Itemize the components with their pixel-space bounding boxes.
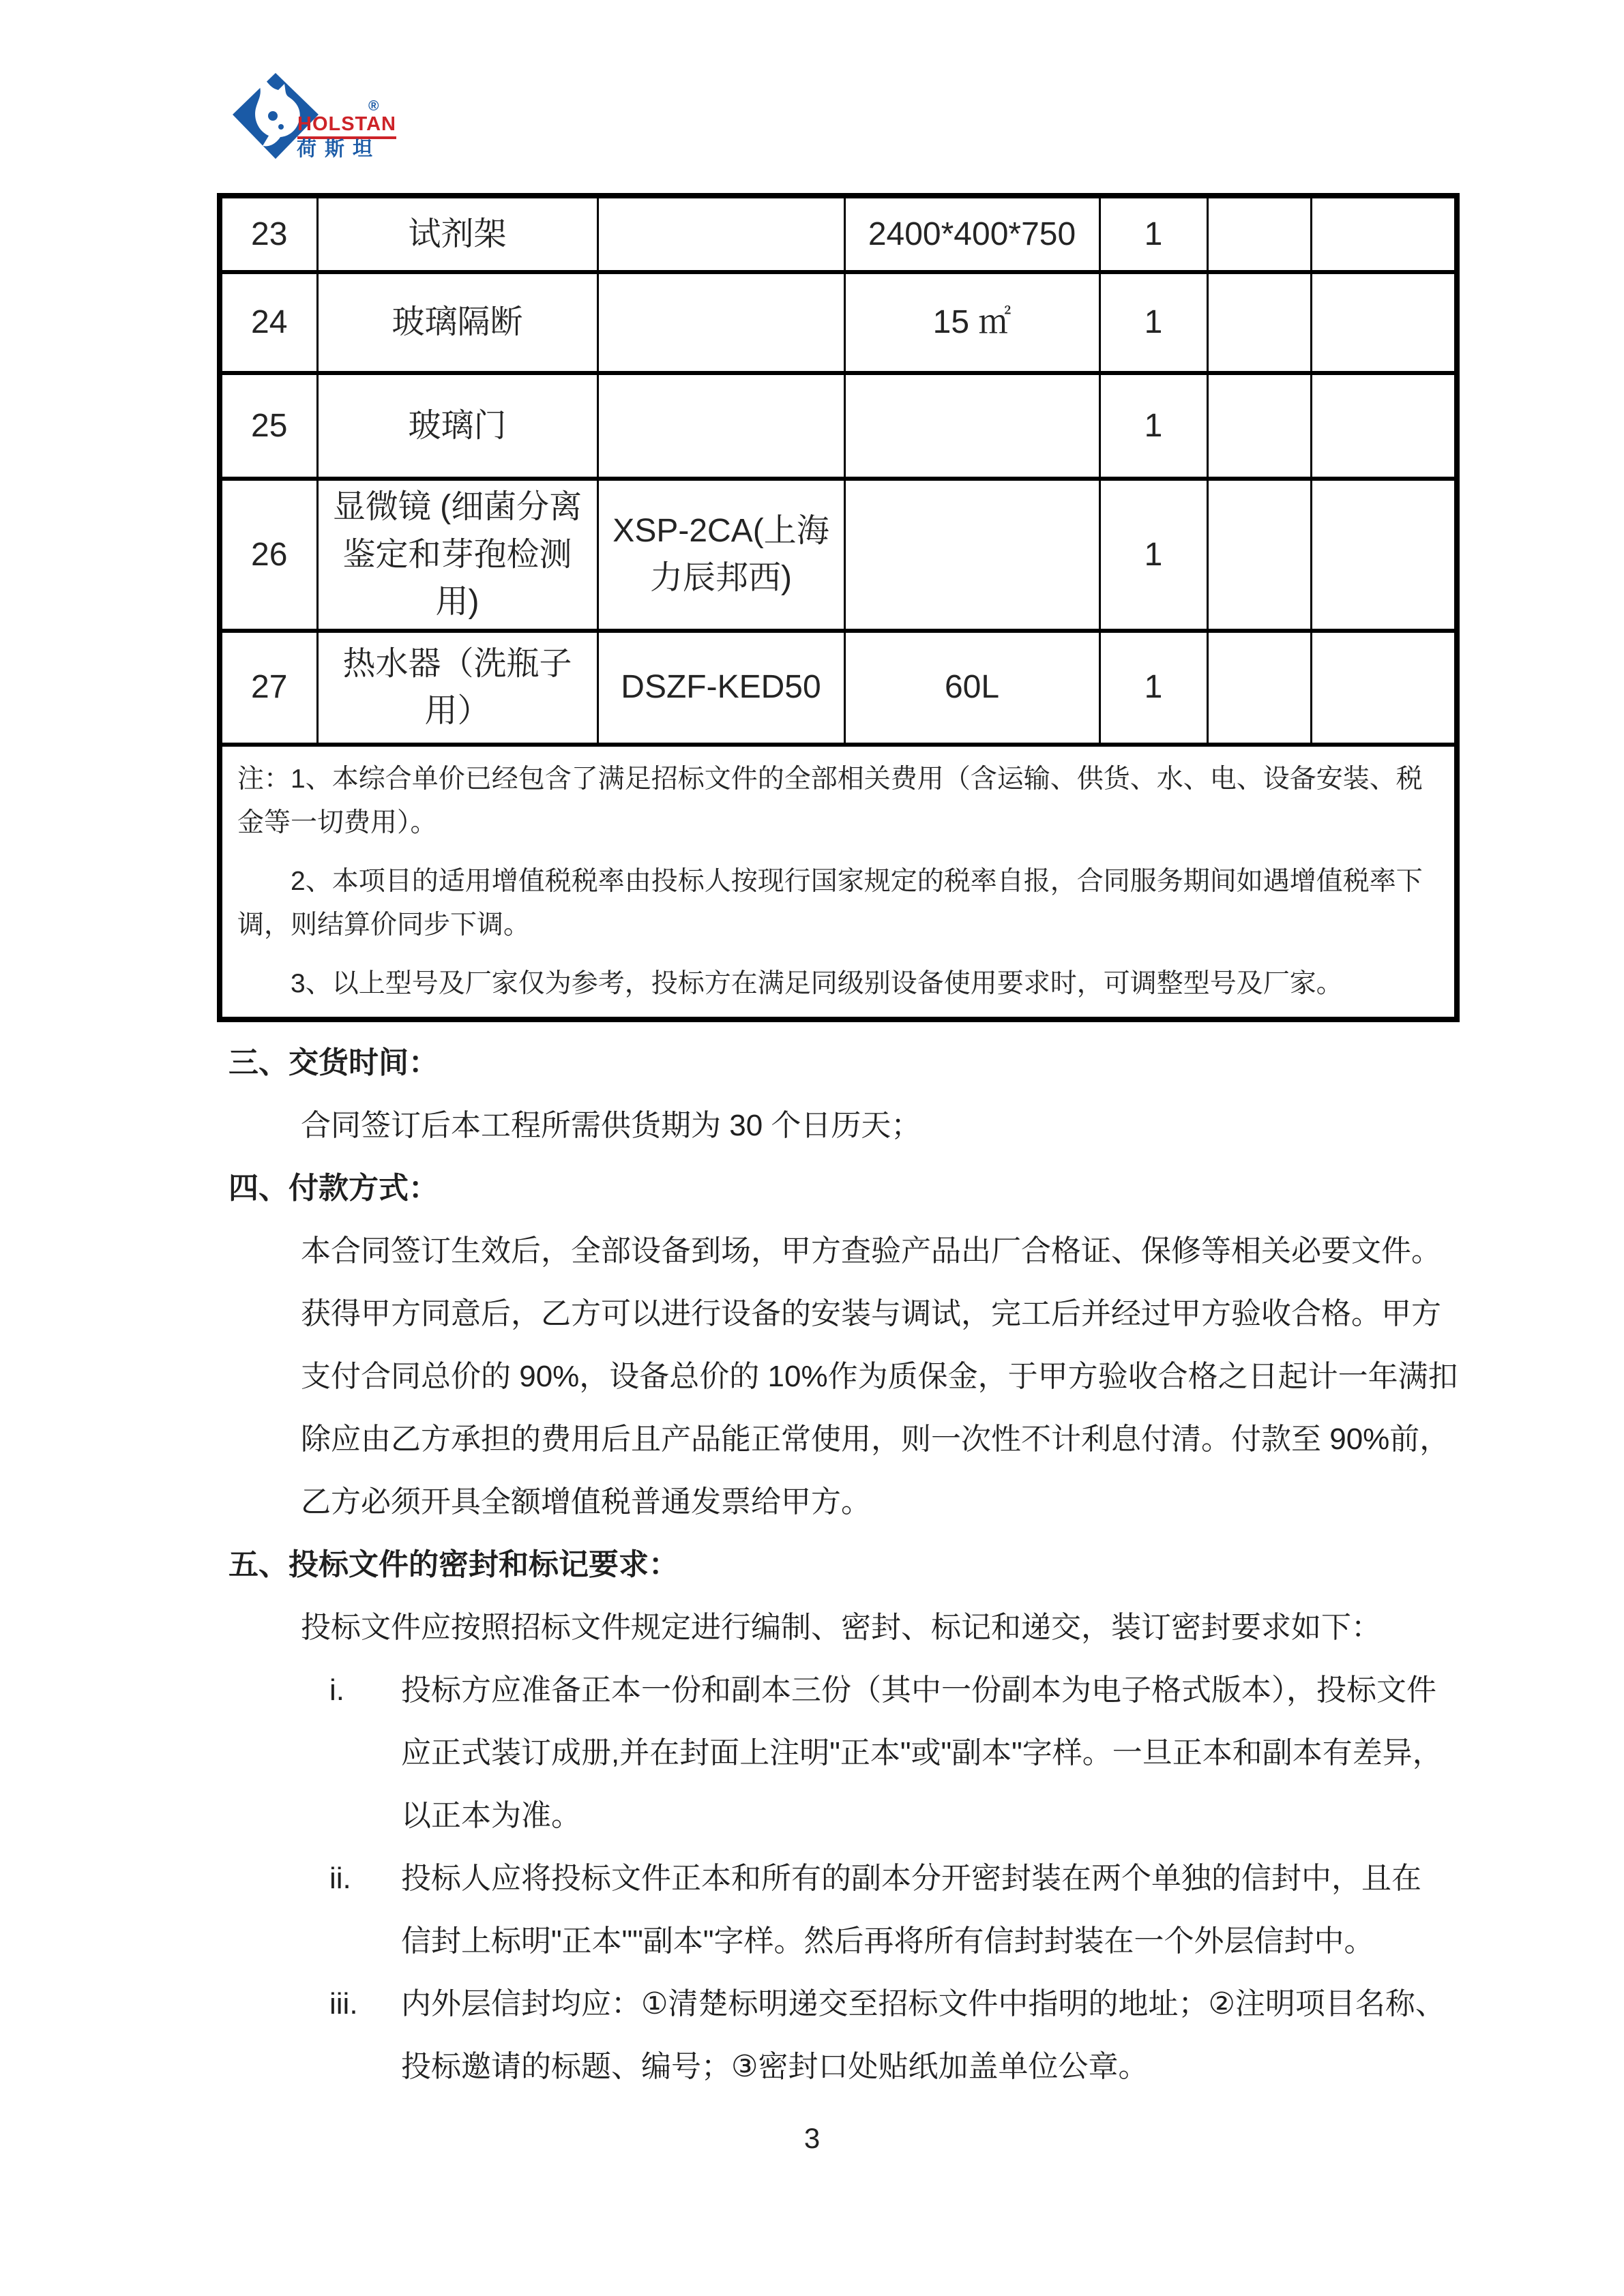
paragraph-line: 合同签订后本工程所需供货期为 30 个日历天； — [0, 1094, 1624, 1157]
paragraph-line: 除应由乙方承担的费用后且产品能正常使用，则一次性不计利息付清。付款至 90%前， — [0, 1408, 1624, 1471]
cell-name: 显微镜 (细菌分离鉴定和芽孢检测用) — [317, 479, 597, 631]
cell-qty: 1 — [1099, 631, 1207, 745]
table-notes-row: 注：1、本综合单价已经包含了满足招标文件的全部相关费用（含运输、供货、水、电、设… — [220, 745, 1457, 1019]
cell-no: 27 — [220, 631, 317, 745]
list-marker: ii. — [329, 1847, 351, 1910]
list-item: iii. 内外层信封均应：①清楚标明递交至招标文件中指明的地址；②注明项目名称、 — [0, 1973, 1624, 2036]
note-line: 金等一切费用）。 — [237, 801, 1439, 845]
cell-model — [597, 196, 844, 272]
registered-trademark-icon: ® — [368, 98, 379, 115]
cell-model — [597, 272, 844, 373]
cell-spec — [844, 373, 1099, 479]
cell-no: 26 — [220, 479, 317, 631]
paragraph-line: 获得甲方同意后，乙方可以进行设备的安装与调试，完工后并经过甲方验收合格。甲方 — [0, 1283, 1624, 1345]
list-item: ii. 投标人应将投标文件正本和所有的副本分开密封装在两个单独的信封中，且在 — [0, 1847, 1624, 1910]
paragraph-line: 投标文件应按照招标文件规定进行编制、密封、标记和递交，装订密封要求如下： — [0, 1596, 1624, 1659]
list-item-text: 投标方应准备正本一份和副本三份（其中一份副本为电子格式版本），投标文件 — [401, 1673, 1436, 1707]
cell-empty — [1207, 196, 1311, 272]
table-row-25: 25 玻璃门 1 — [220, 373, 1457, 479]
paragraph-line: 支付合同总价的 90%，设备总价的 10%作为质保金，于甲方验收合格之日起计一年… — [0, 1345, 1624, 1408]
cell-empty — [1311, 196, 1457, 272]
list-item-text: 内外层信封均应：①清楚标明递交至招标文件中指明的地址；②注明项目名称、 — [401, 1987, 1445, 2021]
list-item-text: 投标人应将投标文件正本和所有的副本分开密封装在两个单独的信封中，且在 — [401, 1862, 1421, 1895]
list-item: i. 投标方应准备正本一份和副本三份（其中一份副本为电子格式版本），投标文件 — [0, 1659, 1624, 1722]
company-logo: HOLSTAN ® 荷斯坦 — [231, 68, 387, 164]
cell-name: 热水器（洗瓶子用） — [317, 631, 597, 745]
cell-name: 试剂架 — [317, 196, 597, 272]
list-item-continuation: 以正本为准。 — [0, 1785, 1624, 1847]
cell-no: 25 — [220, 373, 317, 479]
cell-no: 23 — [220, 196, 317, 272]
table-notes-cell: 注：1、本综合单价已经包含了满足招标文件的全部相关费用（含运输、供货、水、电、设… — [220, 745, 1457, 1019]
cell-spec: 60L — [844, 631, 1099, 745]
cell-qty: 1 — [1099, 479, 1207, 631]
cell-empty — [1311, 479, 1457, 631]
document-page: HOLSTAN ® 荷斯坦 23 试剂架 2400*400*750 1 24 玻… — [0, 0, 1624, 2296]
list-marker: i. — [329, 1659, 344, 1722]
list-item-continuation: 投标邀请的标题、编号；③密封口处贴纸加盖单位公章。 — [0, 2036, 1624, 2098]
cell-empty — [1311, 373, 1457, 479]
table-row-24: 24 玻璃隔断 15 ㎡ 1 — [220, 272, 1457, 373]
section-heading-payment: 四、付款方式： — [0, 1157, 1624, 1220]
cell-empty — [1207, 373, 1311, 479]
cell-name: 玻璃门 — [317, 373, 597, 479]
cell-name: 玻璃隔断 — [317, 272, 597, 373]
cell-empty — [1311, 272, 1457, 373]
cell-model: XSP-2CA(上海力辰邦西) — [597, 479, 844, 631]
table-row-27: 27 热水器（洗瓶子用） DSZF-KED50 60L 1 — [220, 631, 1457, 745]
note-line: 3、以上型号及厂家仅为参考，投标方在满足同级别设备使用要求时，可调整型号及厂家。 — [237, 962, 1439, 1006]
document-body: 三、交货时间： 合同签订后本工程所需供货期为 30 个日历天； 四、付款方式： … — [0, 1032, 1624, 2098]
cell-empty — [1207, 631, 1311, 745]
cell-qty: 1 — [1099, 272, 1207, 373]
cell-spec: 15 ㎡ — [844, 272, 1099, 373]
cell-spec: 2400*400*750 — [844, 196, 1099, 272]
cell-empty — [1207, 479, 1311, 631]
equipment-table: 23 试剂架 2400*400*750 1 24 玻璃隔断 15 ㎡ 1 25 … — [217, 193, 1460, 1022]
cell-qty: 1 — [1099, 373, 1207, 479]
cell-model — [597, 373, 844, 479]
cell-empty — [1311, 631, 1457, 745]
table-row-23: 23 试剂架 2400*400*750 1 — [220, 196, 1457, 272]
section-heading-sealing: 五、投标文件的密封和标记要求： — [0, 1534, 1624, 1596]
table-row-26: 26 显微镜 (细菌分离鉴定和芽孢检测用) XSP-2CA(上海力辰邦西) 1 — [220, 479, 1457, 631]
list-item-continuation: 信封上标明"正本""副本"字样。然后再将所有信封封装在一个外层信封中。 — [0, 1910, 1624, 1973]
cell-no: 24 — [220, 272, 317, 373]
note-line: 调，则结算价同步下调。 — [237, 904, 1439, 947]
cell-model: DSZF-KED50 — [597, 631, 844, 745]
paragraph-line: 乙方必须开具全额增值税普通发票给甲方。 — [0, 1471, 1624, 1534]
note-line: 注：1、本综合单价已经包含了满足招标文件的全部相关费用（含运输、供货、水、电、设… — [237, 758, 1439, 801]
section-heading-delivery: 三、交货时间： — [0, 1032, 1624, 1094]
cell-empty — [1207, 272, 1311, 373]
paragraph-line: 本合同签订生效后，全部设备到场，甲方查验产品出厂合格证、保修等相关必要文件。 — [0, 1220, 1624, 1283]
cell-qty: 1 — [1099, 196, 1207, 272]
list-marker: iii. — [329, 1973, 358, 2036]
list-item-continuation: 应正式装订成册,并在封面上注明"正本"或"副本"字样。一旦正本和副本有差异， — [0, 1722, 1624, 1785]
note-line: 2、本项目的适用增值税税率由投标人按现行国家规定的税率自报，合同服务期间如遇增值… — [237, 860, 1439, 904]
brand-name-cn: 荷斯坦 — [297, 134, 381, 162]
page-number: 3 — [0, 2122, 1624, 2155]
cell-spec — [844, 479, 1099, 631]
